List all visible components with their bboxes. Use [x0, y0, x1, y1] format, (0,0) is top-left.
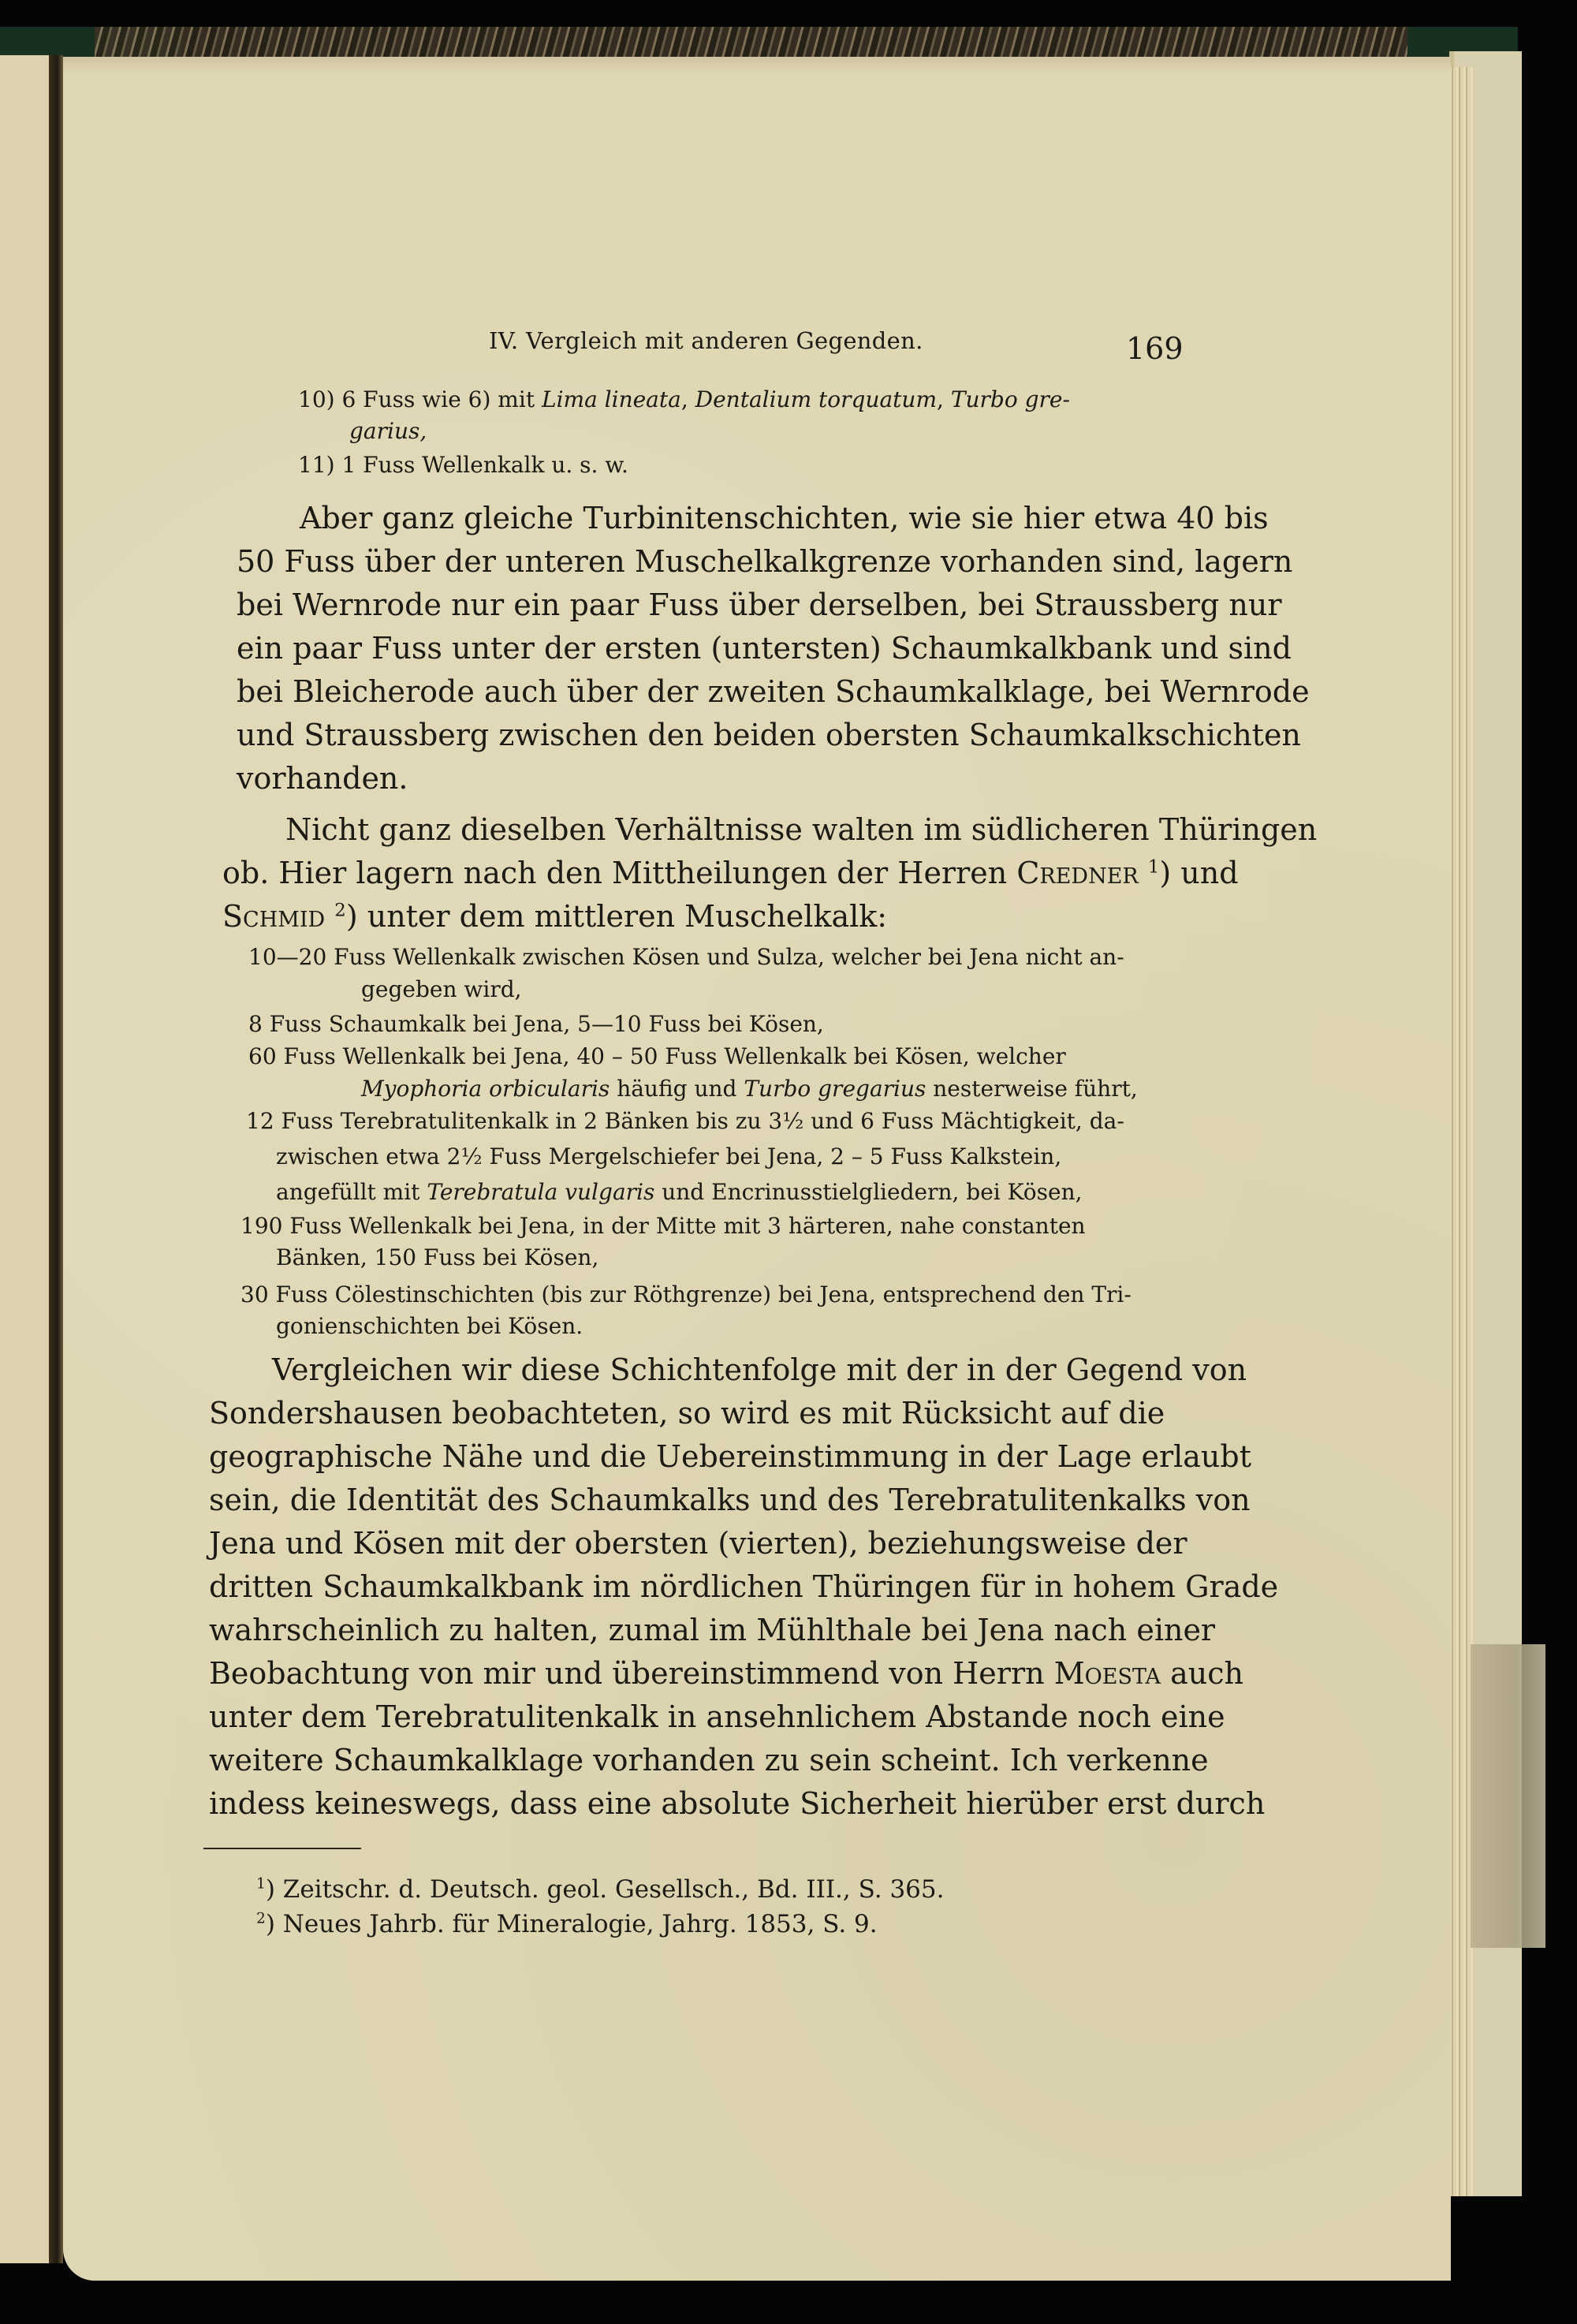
footnote-text: ) Zeitschr. d. Deutsch. geol. Gesellsch.… — [266, 1875, 945, 1904]
author-name: Schmid — [222, 899, 325, 934]
text-line: Nicht ganz dieselben Verhältnisse walten… — [222, 808, 1167, 852]
strata-item: 10—20 Fuss Wellenkalk zwischen Kösen und… — [248, 944, 1124, 970]
footnote-1: 1) Zeitschr. d. Deutsch. geol. Gesellsch… — [256, 1875, 945, 1904]
taxon-cont: garius, — [349, 418, 427, 444]
running-head: IV. Vergleich mit anderen Gegenden. — [489, 327, 923, 354]
strata-item-cont: zwischen etwa 2½ Fuss Mergelschiefer bei… — [276, 1143, 1061, 1169]
strata-item-cont: gegeben wird, — [361, 976, 522, 1002]
strata-item: 8 Fuss Schaumkalk bei Jena, 5—10 Fuss be… — [248, 1011, 824, 1037]
taxon: Turbo gregarius — [744, 1076, 926, 1102]
footnote-divider — [203, 1848, 361, 1849]
text: Beobachtung von mir und übereinstimmend … — [209, 1656, 1045, 1691]
text: häufig und — [610, 1076, 744, 1102]
text-line: Beobachtung von mir und übereinstimmend … — [209, 1652, 1163, 1695]
item-text: 1 Fuss Wellenkalk u. s. w. — [341, 452, 628, 478]
page-top-fold — [63, 57, 1451, 74]
text-line: Sondershausen beobachteten, so wird es m… — [209, 1392, 1163, 1435]
text-line: Schmid 2) unter dem mittleren Muschelkal… — [222, 895, 1167, 938]
repair-tape — [1471, 1644, 1545, 1948]
text-line: ein paar Fuss unter der ersten (unterste… — [237, 627, 1175, 670]
text-line: sein, die Identität des Schaumkalks und … — [209, 1479, 1163, 1522]
book-gutter — [49, 55, 63, 2263]
text-line: Aber ganz gleiche Turbinitenschichten, w… — [237, 497, 1175, 540]
footnote-mark: 2 — [256, 1911, 266, 1927]
paragraph-2: Nicht ganz dieselben Verhältnisse walten… — [222, 808, 1167, 938]
item-number: 11) — [298, 452, 335, 478]
strata-item-cont: gonienschichten bei Kösen. — [276, 1313, 583, 1339]
text-line: bei Wernrode nur ein paar Fuss über ders… — [237, 584, 1175, 627]
strata-item: 190 Fuss Wellenkalk bei Jena, in der Mit… — [240, 1213, 1086, 1239]
paragraph-1: Aber ganz gleiche Turbinitenschichten, w… — [237, 497, 1175, 800]
list-item-10-cont: garius, — [349, 418, 427, 444]
page-stack-lines — [1449, 67, 1473, 2196]
strata-item: 30 Fuss Cölestinschichten (bis zur Röthg… — [240, 1281, 1131, 1307]
strata-item-cont: angefüllt mit Terebratula vulgaris und E… — [276, 1179, 1083, 1205]
footnote-text: ) Neues Jahrb. für Mineralogie, Jahrg. 1… — [266, 1910, 878, 1938]
taxon: Turbo gre- — [951, 386, 1070, 412]
text: ) und — [1159, 856, 1238, 890]
text: ob. Hier lagern nach den Mittheilungen d… — [222, 856, 1007, 890]
strata-item-cont: Bänken, 150 Fuss bei Kösen, — [276, 1244, 598, 1270]
text-line: indess keineswegs, dass eine absolute Si… — [209, 1782, 1163, 1826]
text-line: 50 Fuss über der unteren Muschelkalkgren… — [237, 540, 1175, 584]
strata-item: 12 Fuss Terebratulitenkalk in 2 Bänken b… — [246, 1108, 1124, 1134]
text-line: Vergleichen wir diese Schichtenfolge mit… — [209, 1349, 1163, 1392]
adjacent-page-edge — [0, 55, 49, 2263]
list-item-10: 10) 6 Fuss wie 6) mit Lima lineata, Dent… — [298, 386, 1070, 412]
text: angefüllt mit — [276, 1179, 427, 1205]
taxon: Myophoria orbicularis — [361, 1076, 610, 1102]
text-line: geographische Nähe und die Uebereinstimm… — [209, 1435, 1163, 1479]
text-line: Jena und Kösen mit der obersten (vierten… — [209, 1522, 1163, 1565]
footnote-2: 2) Neues Jahrb. für Mineralogie, Jahrg. … — [256, 1910, 878, 1938]
footnote-ref[interactable]: 1 — [1148, 856, 1160, 877]
text-line: und Straussberg zwischen den beiden ober… — [237, 714, 1175, 757]
book-binding — [95, 27, 1514, 60]
author-name: Moesta — [1054, 1656, 1161, 1691]
paragraph-3: Vergleichen wir diese Schichtenfolge mit… — [209, 1349, 1163, 1826]
text-line: vorhanden. — [237, 757, 1175, 800]
author-name: Credner — [1016, 856, 1138, 890]
taxon: Lima lineata — [542, 386, 681, 412]
text: und Encrinusstielgliedern, bei Kösen, — [654, 1179, 1082, 1205]
text: auch — [1170, 1656, 1243, 1691]
list-item-11: 11) 1 Fuss Wellenkalk u. s. w. — [298, 452, 628, 478]
text: nesterweise führt, — [926, 1076, 1137, 1102]
text: ) unter dem mittleren Muschelkalk: — [346, 899, 887, 934]
item-number: 10) — [298, 386, 335, 412]
text-line: unter dem Terebratulitenkalk in ansehnli… — [209, 1695, 1163, 1739]
strata-item: 60 Fuss Wellenkalk bei Jena, 40 – 50 Fus… — [248, 1043, 1066, 1069]
text-line: weitere Schaumkalklage vorhanden zu sein… — [209, 1739, 1163, 1782]
strata-item-cont: Myophoria orbicularis häufig und Turbo g… — [361, 1076, 1138, 1102]
text-line: ob. Hier lagern nach den Mittheilungen d… — [222, 852, 1167, 895]
page-number: 169 — [1126, 331, 1184, 366]
footnote-ref[interactable]: 2 — [334, 900, 346, 920]
text-line: wahrscheinlich zu halten, zumal im Mühlt… — [209, 1609, 1163, 1652]
footnote-mark: 1 — [256, 1876, 266, 1893]
taxon: Dentalium torquatum — [695, 386, 937, 412]
text-line: bei Bleicherode auch über der zweiten Sc… — [237, 670, 1175, 714]
taxon: Terebratula vulgaris — [427, 1179, 654, 1205]
text-line: dritten Schaumkalkbank im nördlichen Thü… — [209, 1565, 1163, 1609]
